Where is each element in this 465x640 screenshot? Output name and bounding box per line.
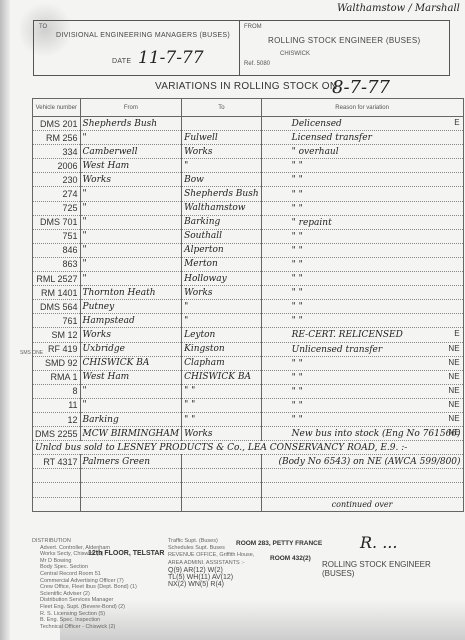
status-flag: NE <box>448 386 459 395</box>
from-garage: " <box>80 257 182 271</box>
from-garage: " <box>80 384 182 398</box>
table-row: 8"" "" "NE <box>33 384 464 398</box>
distribution-item: Scientific Adviser (2) <box>40 591 137 598</box>
reason-cell: " " <box>261 314 463 328</box>
reason-text: " " <box>264 359 303 369</box>
to-garage: " <box>182 300 262 314</box>
top-signature: Walthamstow / Marshall <box>337 3 460 14</box>
column-header-reason: Reason for variation <box>261 99 463 117</box>
reason-text: " " <box>264 401 303 411</box>
reason-text: Licensed transfer <box>264 133 372 143</box>
room-1: ROOM 283, PETTY FRANCE <box>236 540 322 547</box>
vehicle-number: 230 <box>33 173 81 187</box>
reason-text: RE-CERT. RELICENSED <box>264 330 403 340</box>
table-row: RM 256"FulwellLicensed transfer <box>33 131 464 145</box>
vehicle-number: 274 <box>33 187 81 201</box>
to-garage: Bow <box>182 173 262 187</box>
from-garage: " <box>80 272 182 286</box>
distribution-item: Distribution Services Manager <box>40 597 137 604</box>
empty-cell <box>80 469 182 483</box>
empty-row <box>33 483 464 497</box>
reason-cell: " repaint <box>261 215 463 229</box>
to-garage: Clapham <box>182 356 262 370</box>
ref-number: Ref. 5080 <box>244 61 270 67</box>
to-garage: Merton <box>182 257 262 271</box>
column-header-to: To <box>182 99 262 117</box>
to-garage: Walthamstow <box>182 201 262 215</box>
empty-cell <box>182 497 262 511</box>
to-value: DIVISIONAL ENGINEERING MANAGERS (BUSES) <box>56 32 230 39</box>
from-garage: Shepherds Bush <box>80 117 182 131</box>
reason-cell: " "NE <box>261 384 463 398</box>
vehicle-number: RMA 1 <box>33 370 81 384</box>
from-garage: " <box>80 131 182 145</box>
table-row: 12Barking" "" "NE <box>33 412 464 426</box>
from-garage: Uxbridge <box>80 342 182 356</box>
distribution-item: Commercial Advertising Officer (7) <box>40 578 137 585</box>
distribution-item: Fleet Eng. Supt. (Bevere-Bond) (2) <box>40 604 137 611</box>
empty-cell <box>80 483 182 497</box>
empty-cell <box>80 497 182 511</box>
reason-cell: " " <box>261 300 463 314</box>
from-value: ROLLING STOCK ENGINEER (BUSES) <box>268 36 420 45</box>
to-garage: " <box>182 159 262 173</box>
status-flag: E <box>454 329 459 338</box>
from-garage: Barking <box>80 412 182 426</box>
reason-text: " " <box>264 232 303 242</box>
table-header-row: Vehicle number From To Reason for variat… <box>33 99 464 117</box>
to-garage: " " <box>182 398 262 412</box>
status-flag: E <box>454 118 459 127</box>
distribution-item: R. S. Licensing Section (5) <box>40 611 137 618</box>
status-flag: NE <box>448 372 459 381</box>
sold-note: Unlcd bus sold to LESNEY PRODUCTS & Co.,… <box>33 441 464 455</box>
from-garage: MCW BIRMINGHAM <box>80 427 182 441</box>
column-header-vehicle: Vehicle number <box>33 99 81 117</box>
distribution-item: AREA ADMINI. ASSISTANTS :- <box>168 560 254 567</box>
status-flag: NE <box>448 358 459 367</box>
to-garage: Works <box>182 427 262 441</box>
from-location: CHISWICK <box>280 51 310 57</box>
date-value: 11-7-77 <box>138 48 204 68</box>
reason-cell: " " <box>261 201 463 215</box>
scan-edge-shadow <box>0 0 10 640</box>
empty-cell <box>261 469 463 483</box>
distribution-item: NX(2) WN(5) R(4) <box>168 581 254 588</box>
reason-cell: " "NE <box>261 356 463 370</box>
reason-cell: " "NE <box>261 398 463 412</box>
empty-cell <box>33 469 81 483</box>
from-garage: " <box>80 215 182 229</box>
reason-cell: " "NE <box>261 412 463 426</box>
reason-text: " " <box>264 302 303 312</box>
from-garage: " <box>80 243 182 257</box>
from-garage: " <box>80 201 182 215</box>
distribution-item: Body Spec. Section <box>40 564 137 571</box>
table-body: DMS 201Shepherds BushDelicensedERM 256"F… <box>33 117 464 512</box>
reason-cell: " overhaul <box>261 145 463 159</box>
reason-text: " " <box>264 274 303 284</box>
reason-text: " " <box>264 161 303 171</box>
table-row: RMA 1West HamCHISWICK BA" "NE <box>33 370 464 384</box>
table-row: DMS 2255MCW BIRMINGHAMWorksNew bus into … <box>33 427 464 441</box>
room-2: ROOM 432(2) <box>270 555 311 562</box>
to-garage: Alperton <box>182 243 262 257</box>
to-garage: Leyton <box>182 328 262 342</box>
vehicle-number: 846 <box>33 243 81 257</box>
empty-cell <box>33 483 81 497</box>
reason-cell: DelicensedE <box>261 117 463 131</box>
reason-cell: " " <box>261 286 463 300</box>
empty-cell <box>182 469 262 483</box>
distribution-heading: DISTRIBUTION <box>32 538 137 545</box>
status-flag: NE <box>448 344 459 353</box>
vehicle-number: SM 12 <box>33 328 81 342</box>
table-row: SM 12WorksLeytonRE-CERT. RELICENSEDE <box>33 328 464 342</box>
vehicle-number: DMS 564 <box>33 300 81 314</box>
table-row: DMS 701"Barking" repaint <box>33 215 464 229</box>
reason-text: " " <box>264 387 303 397</box>
table-row: DMS 201Shepherds BushDelicensedE <box>33 117 464 131</box>
empty-cell <box>33 497 81 511</box>
vehicle-number: 334 <box>33 145 81 159</box>
reason-text: " " <box>264 316 303 326</box>
page-title: VARIATIONS IN ROLLING STOCK ON <box>155 81 337 92</box>
vehicle-number: RML 2527 <box>33 272 81 286</box>
reason-cell: " " <box>261 272 463 286</box>
to-garage <box>182 117 262 131</box>
to-garage: Works <box>182 145 262 159</box>
to-garage: Fulwell <box>182 131 262 145</box>
memo-header: TO DIVISIONAL ENGINEERING MANAGERS (BUSE… <box>33 20 450 76</box>
empty-row <box>33 469 464 483</box>
vehicle-number: DMS 2255 <box>33 427 81 441</box>
vehicle-number: RM 1401 <box>33 286 81 300</box>
reason-cell: " " <box>261 229 463 243</box>
table-row: 11"" "" "NE <box>33 398 464 412</box>
continued-row: continued over <box>33 497 464 511</box>
from-garage: Works <box>80 328 182 342</box>
vehicle-number: SMD 92 <box>33 356 81 370</box>
reason-text: " repaint <box>264 218 332 228</box>
vehicle-number: 725 <box>33 201 81 215</box>
to-garage: Holloway <box>182 272 262 286</box>
reason-text: " " <box>264 415 303 425</box>
margin-note: SMS ONE <box>20 350 43 356</box>
distribution-item: REVENUE OFFICE, Griffith House, <box>168 552 254 559</box>
distribution-highlight-wrap: 12th FLOOR, TELSTAR <box>88 551 164 558</box>
status-flag: NE <box>448 428 459 437</box>
distribution-highlight: 12th FLOOR, TELSTAR <box>88 550 164 557</box>
from-garage: Palmers Green <box>80 455 182 469</box>
table-row: RML 2527"Holloway" " <box>33 272 464 286</box>
reason-text: " " <box>264 204 303 214</box>
room-1-wrap: ROOM 283, PETTY FRANCE <box>236 540 322 548</box>
reason-text: Delicensed <box>264 119 342 129</box>
reason-cell: Licensed transfer <box>261 131 463 145</box>
vehicle-number: DMS 201 <box>33 117 81 131</box>
to-garage: CHISWICK BA <box>182 370 262 384</box>
reason-cell: " " <box>261 257 463 271</box>
to-garage: Barking <box>182 215 262 229</box>
empty-cell <box>182 483 262 497</box>
reason-cell: RE-CERT. RELICENSEDE <box>261 328 463 342</box>
vehicle-number: 2006 <box>33 159 81 173</box>
vehicle-number: 863 <box>33 257 81 271</box>
to-label: TO <box>39 24 47 30</box>
to-garage <box>182 455 262 469</box>
to-garage: Kingston <box>182 342 262 356</box>
room-2-wrap: ROOM 432(2) <box>270 555 311 563</box>
table-row: 725"Walthamstow" " <box>33 201 464 215</box>
distribution-item: Crew Office, Fleet Ibus (Dept. Bond) (1) <box>40 584 137 591</box>
distribution-item: Q(9) AR(12) W(2) <box>168 567 254 574</box>
table-row: RF 419UxbridgeKingstonUnlicensed transfe… <box>33 342 464 356</box>
from-garage: " <box>80 229 182 243</box>
distribution-item: B. Eng. Spec. Inspection <box>40 617 137 624</box>
to-garage: " <box>182 314 262 328</box>
distribution-item: Mr D Bowing <box>40 558 137 565</box>
vehicle-number: 12 <box>33 412 81 426</box>
reason-text: " " <box>264 373 303 383</box>
date-label: DATE <box>112 58 131 65</box>
distribution-item: Central Record Room 51 <box>40 571 137 578</box>
to-garage: " " <box>182 384 262 398</box>
from-label: FROM <box>244 24 262 30</box>
reason-text: " " <box>264 288 303 298</box>
reason-cell: " " <box>261 173 463 187</box>
from-section: FROM ROLLING STOCK ENGINEER (BUSES) CHIS… <box>240 21 449 75</box>
vehicle-number: RT 4317 <box>33 455 81 469</box>
to-garage: Works <box>182 286 262 300</box>
status-flag: NE <box>448 400 459 409</box>
table-row: 751"Southall" " <box>33 229 464 243</box>
vehicle-number: 8 <box>33 384 81 398</box>
reason-cell: New bus into stock (Eng No 761566)NE <box>261 427 463 441</box>
from-garage: Camberwell <box>80 145 182 159</box>
table-row: 846"Alperton" " <box>33 243 464 257</box>
from-garage: " <box>80 398 182 412</box>
reason-cell: " " <box>261 243 463 257</box>
continued-over: continued over <box>261 497 463 511</box>
empty-cell <box>261 483 463 497</box>
from-garage: Hampstead <box>80 314 182 328</box>
reason-text: " " <box>264 260 303 270</box>
from-garage: Thornton Heath <box>80 286 182 300</box>
table-row: 274"Shepherds Bush" " <box>33 187 464 201</box>
reason-text: " " <box>264 246 303 256</box>
distribution-item: TL(5) WH(11) AV(12) <box>168 574 254 581</box>
table-row: DMS 564Putney"" " <box>33 300 464 314</box>
column-header-from: From <box>80 99 182 117</box>
footer-title: ROLLING STOCK ENGINEER (BUSES) <box>322 560 465 578</box>
from-garage: Putney <box>80 300 182 314</box>
reason-cell: " "NE <box>261 370 463 384</box>
from-garage: West Ham <box>80 159 182 173</box>
sold-note-row: Unlcd bus sold to LESNEY PRODUCTS & Co.,… <box>33 441 464 455</box>
to-garage: " " <box>182 412 262 426</box>
reason-text: " " <box>264 190 303 200</box>
from-garage: CHISWICK BA <box>80 356 182 370</box>
reason-text: " " <box>264 175 303 185</box>
vehicle-number: RM 256 <box>33 131 81 145</box>
vehicle-number: DMS 701 <box>33 215 81 229</box>
to-garage: Shepherds Bush <box>182 187 262 201</box>
vehicle-number: 761 <box>33 314 81 328</box>
table-row: SMD 92CHISWICK BAClapham" "NE <box>33 356 464 370</box>
table-row: 2006West Ham"" " <box>33 159 464 173</box>
status-flag: NE <box>448 414 459 423</box>
table-row: 334CamberwellWorks" overhaul <box>33 145 464 159</box>
reason-cell: " " <box>261 187 463 201</box>
reason-cell: Unlicensed transferNE <box>261 342 463 356</box>
table-row: 761Hampstead"" " <box>33 314 464 328</box>
reason-text: (Body No 6543) on NE (AWCA 599/800) <box>261 455 463 469</box>
reason-text: New bus into stock (Eng No 761566) <box>264 429 461 439</box>
reason-text: Unlicensed transfer <box>264 345 383 355</box>
vehicle-number: 11 <box>33 398 81 412</box>
table-row: 863"Merton" " <box>33 257 464 271</box>
reason-text: " overhaul <box>264 147 339 157</box>
distribution-item: Technical Officer - Chiswick (2) <box>40 624 137 631</box>
to-garage: Southall <box>182 229 262 243</box>
table-row: RT 4317Palmers Green(Body No 6543) on NE… <box>33 455 464 469</box>
from-garage: " <box>80 187 182 201</box>
vehicle-number: 751 <box>33 229 81 243</box>
variations-table: Vehicle number From To Reason for variat… <box>32 98 464 512</box>
from-garage: Works <box>80 173 182 187</box>
table-row: RM 1401Thornton HeathWorks" " <box>33 286 464 300</box>
table-row: 230WorksBow" " <box>33 173 464 187</box>
footer-signature: R. ... <box>360 533 397 552</box>
variation-date: 8-7-77 <box>332 77 390 98</box>
to-section: TO DIVISIONAL ENGINEERING MANAGERS (BUSE… <box>34 21 240 75</box>
reason-cell: " " <box>261 159 463 173</box>
from-garage: West Ham <box>80 370 182 384</box>
